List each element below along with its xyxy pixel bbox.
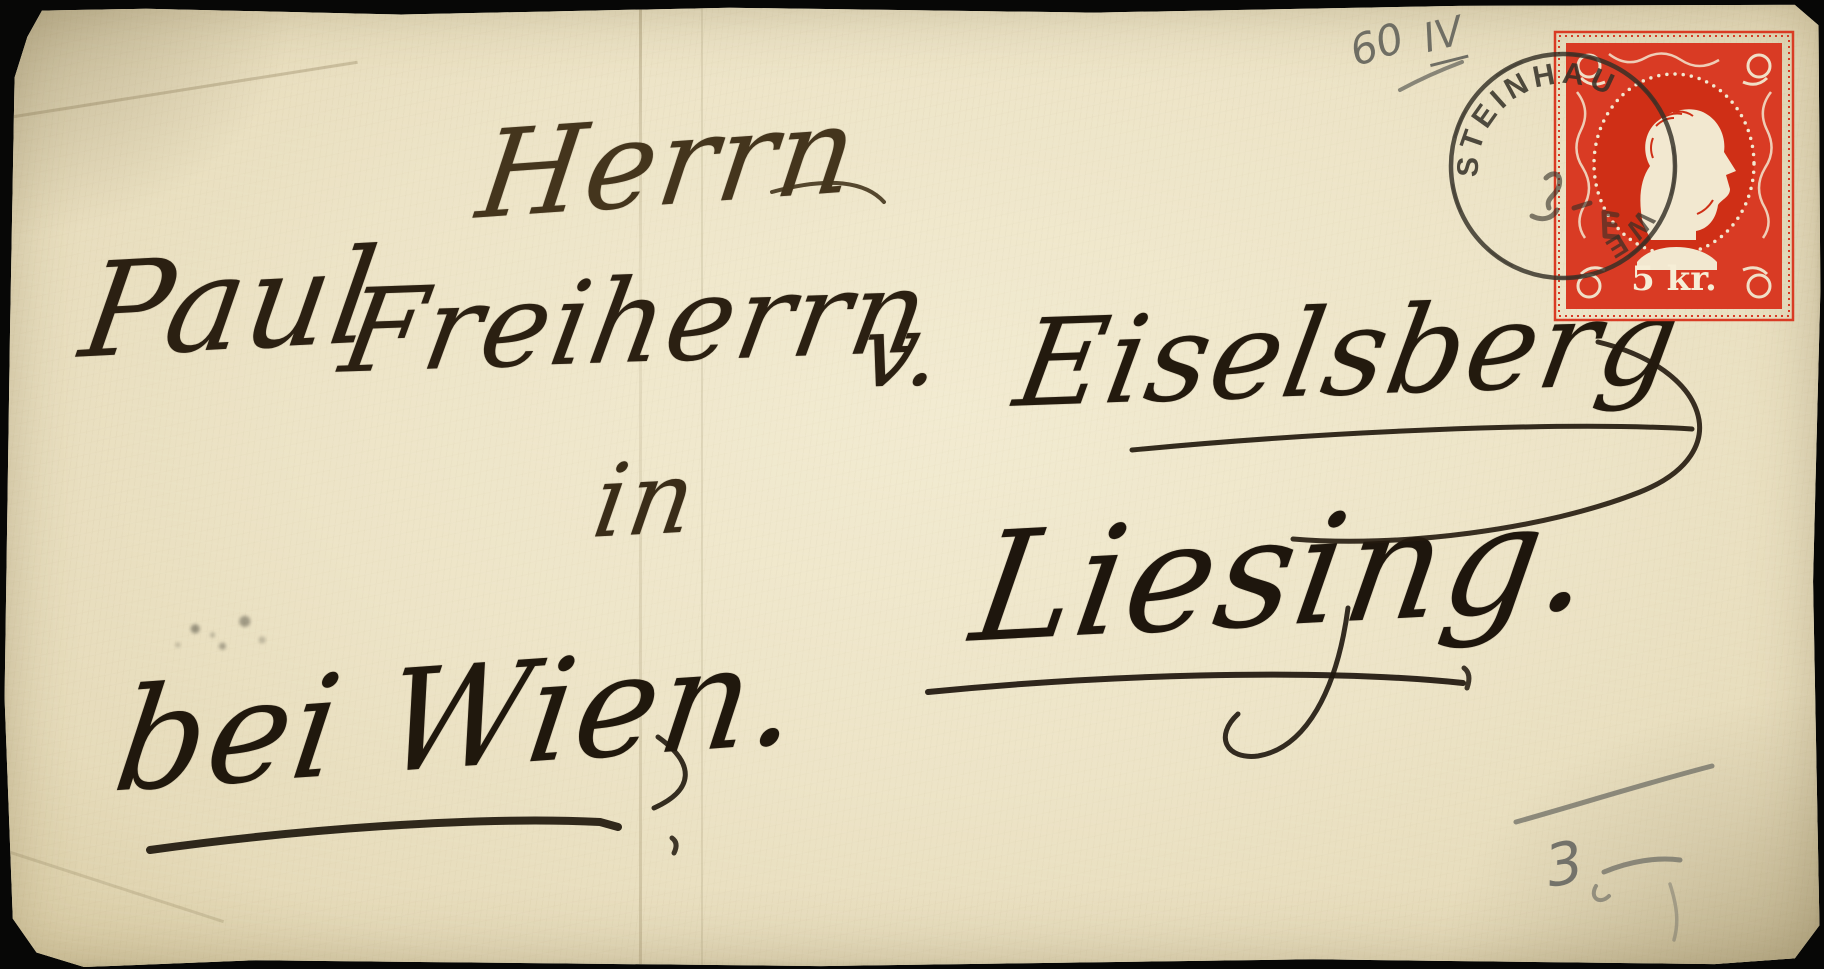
- pencil-curl-stroke: [1594, 886, 1609, 900]
- eiselsberg-underline: [1132, 426, 1692, 450]
- wien-comma: [672, 838, 676, 853]
- liesing-underline: [928, 675, 1463, 692]
- crease-line: [0, 840, 224, 923]
- crease-line: [0, 61, 358, 127]
- liesing-comma: [1464, 668, 1469, 688]
- address-title: Freiherrn: [332, 245, 939, 400]
- envelope-paper: Herrn Paul Freiherrn v. Eiselsberg in Li…: [0, 0, 1824, 969]
- address-salutation: Herrn: [470, 80, 867, 247]
- pencil-diagonal-stroke: [1516, 766, 1712, 822]
- address-preposition: in: [586, 438, 705, 561]
- bei-wien-underline: [150, 821, 618, 850]
- address-town: Liesing.: [962, 469, 1607, 677]
- pencil-faint-stroke: [1670, 884, 1677, 940]
- corner-shading: [0, 0, 320, 260]
- scanned-envelope-scene: Herrn Paul Freiherrn v. Eiselsberg in Li…: [0, 0, 1824, 969]
- postmark: STEINHAU WE: [1428, 30, 1708, 310]
- pencil-note-catalog-number: 60: [1344, 13, 1410, 76]
- pencil-note-price: 3: [1540, 827, 1588, 900]
- corner-shading: [1404, 669, 1824, 969]
- pencil-dash-stroke: [1604, 859, 1680, 872]
- postmark-town-text: STEINHAU: [1451, 57, 1623, 178]
- postmark-date-smudge: [1532, 174, 1618, 237]
